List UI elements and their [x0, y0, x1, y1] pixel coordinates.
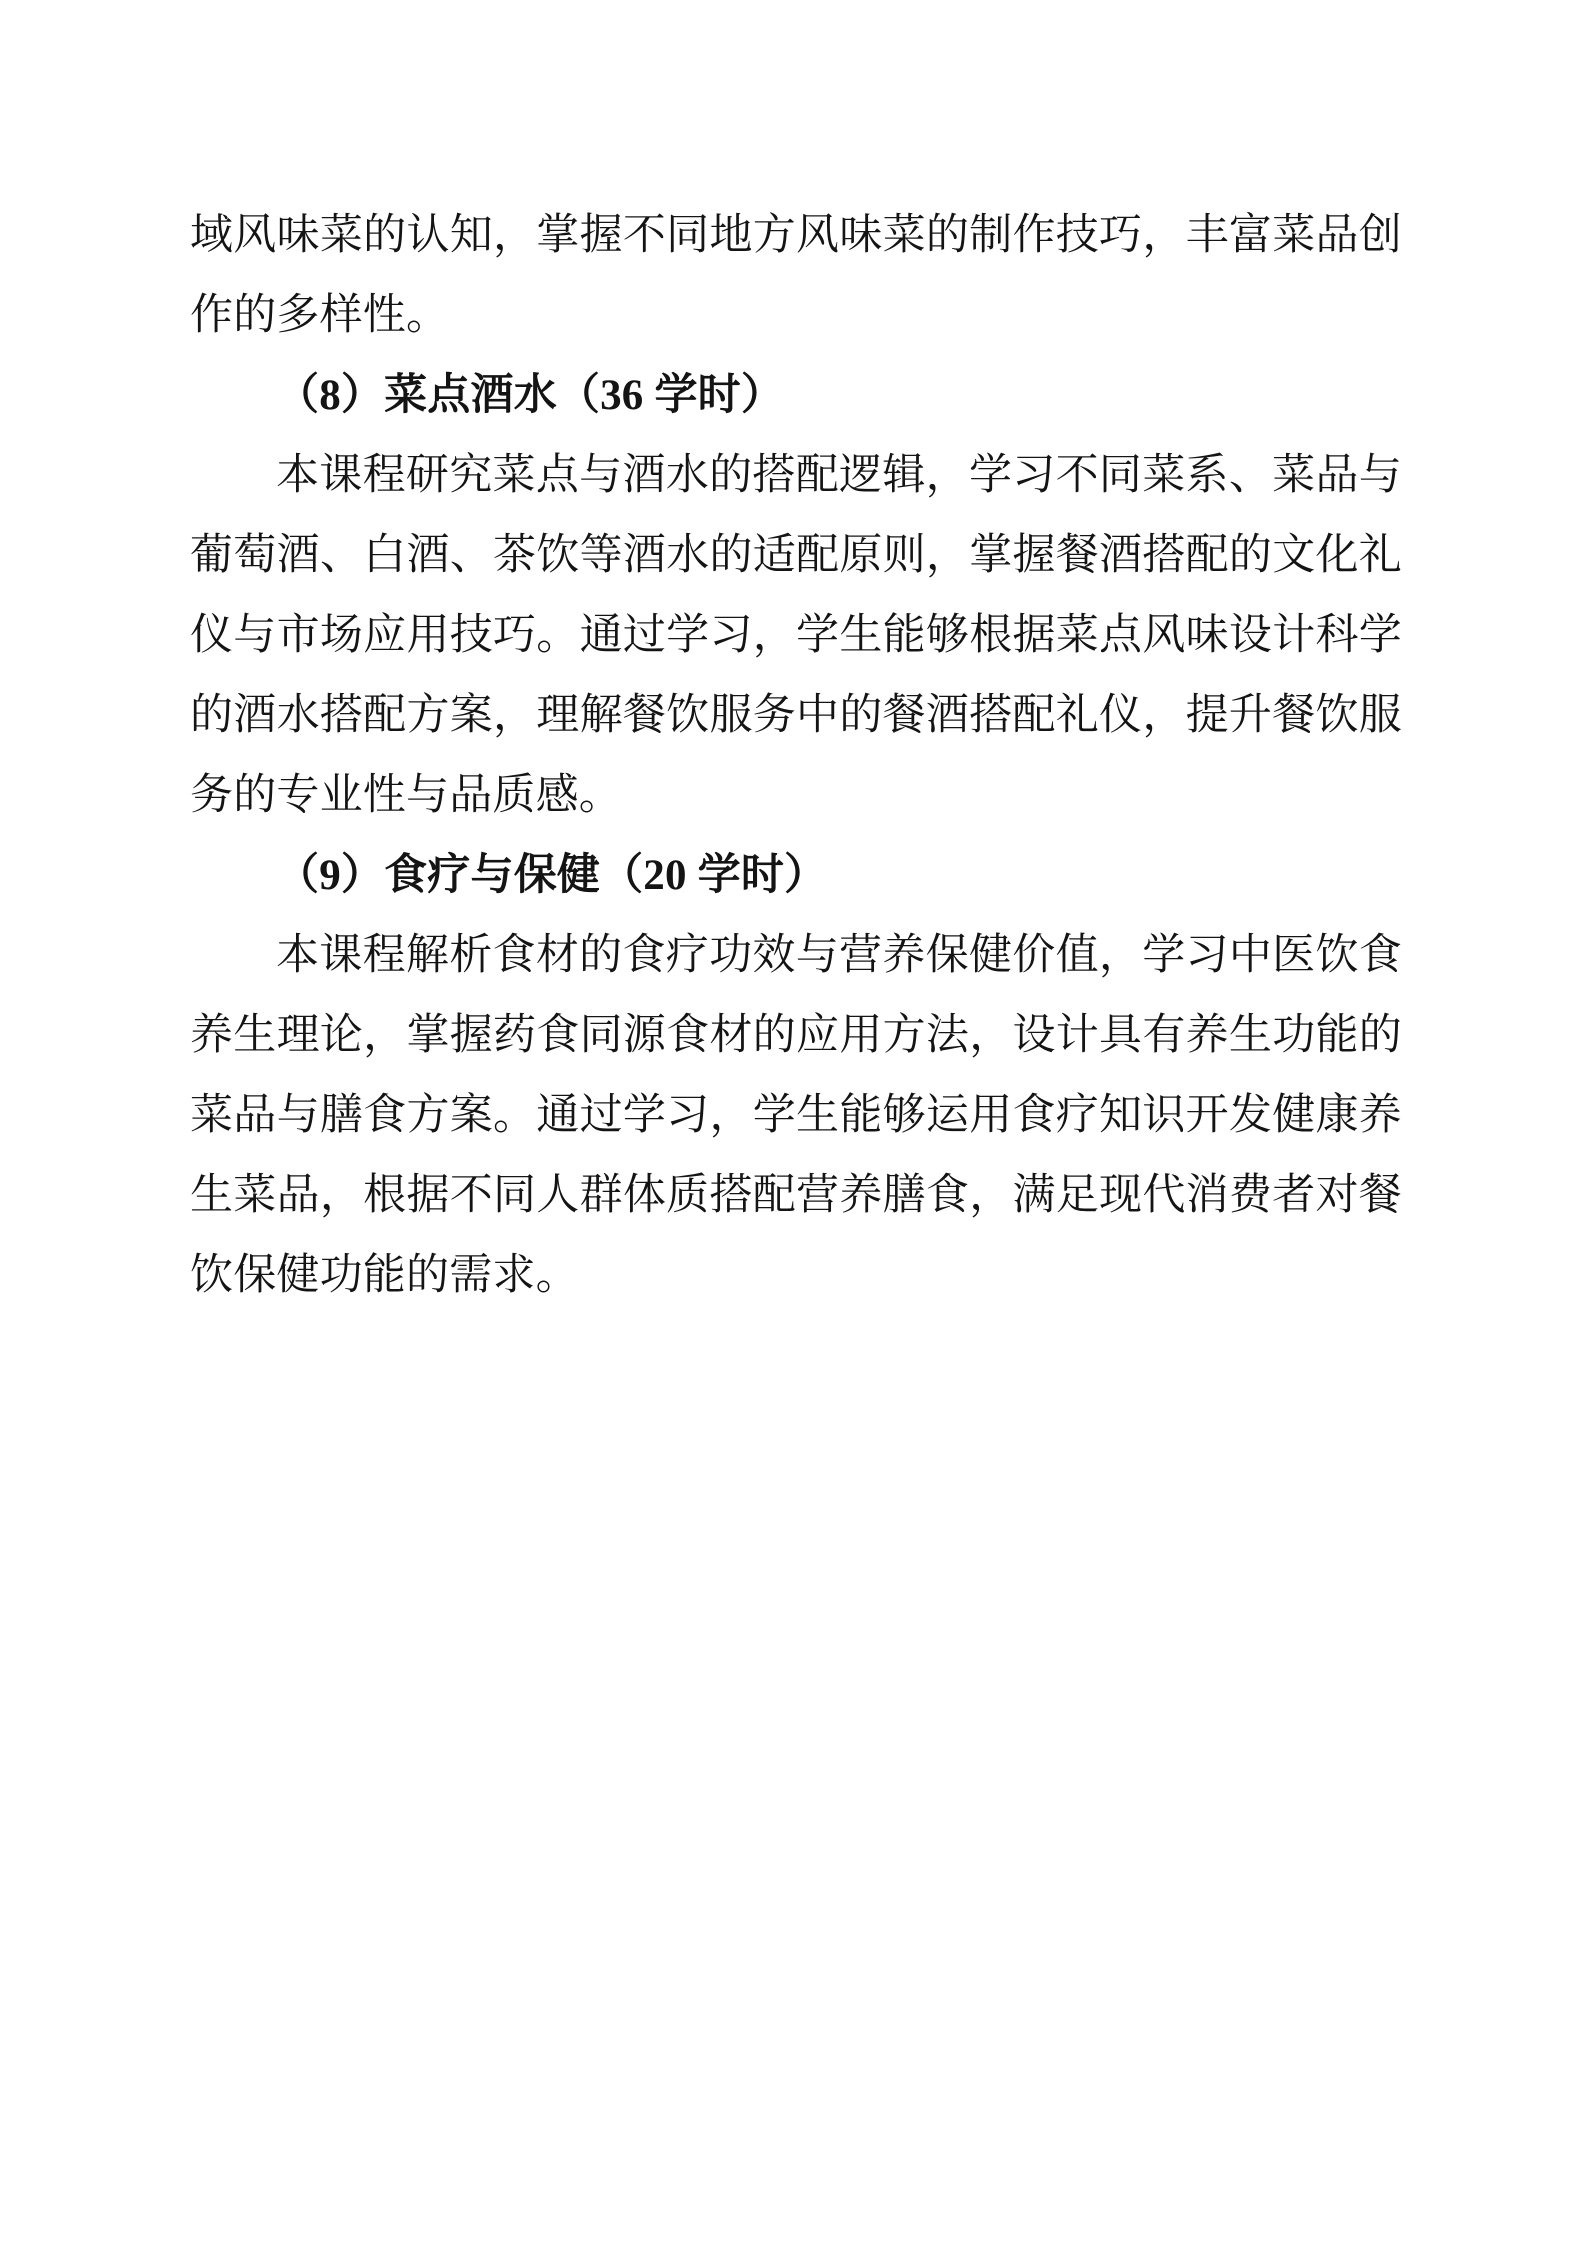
body-text-line: 作的多样性。: [190, 276, 1402, 356]
body-text-line: 本课程解析食材的食疗功效与营养保健价值，学习中医饮食: [190, 916, 1402, 996]
section-heading-9: （9）食疗与保健（20 学时）: [190, 836, 1402, 916]
document-page: 域风味菜的认知，掌握不同地方风味菜的制作技巧，丰富菜品创 作的多样性。 （8）菜…: [0, 0, 1587, 2245]
body-text-line: 仪与市场应用技巧。通过学习，学生能够根据菜点风味设计科学: [190, 596, 1402, 676]
body-text-line: 饮保健功能的需求。: [190, 1236, 1402, 1316]
body-text-line: 养生理论，掌握药食同源食材的应用方法，设计具有养生功能的: [190, 996, 1402, 1076]
body-text-line: 务的专业性与品质感。: [190, 756, 1402, 836]
body-text-line: 本课程研究菜点与酒水的搭配逻辑，学习不同菜系、菜品与: [190, 436, 1402, 516]
body-text-line: 的酒水搭配方案，理解餐饮服务中的餐酒搭配礼仪，提升餐饮服: [190, 676, 1402, 756]
body-text-line: 生菜品，根据不同人群体质搭配营养膳食，满足现代消费者对餐: [190, 1156, 1402, 1236]
body-text-line: 葡萄酒、白酒、茶饮等酒水的适配原则，掌握餐酒搭配的文化礼: [190, 516, 1402, 596]
body-text-line: 菜品与膳食方案。通过学习，学生能够运用食疗知识开发健康养: [190, 1076, 1402, 1156]
section-heading-8: （8）菜点酒水（36 学时）: [190, 356, 1402, 436]
text-block: 域风味菜的认知，掌握不同地方风味菜的制作技巧，丰富菜品创 作的多样性。 （8）菜…: [190, 196, 1402, 1316]
body-text-line: 域风味菜的认知，掌握不同地方风味菜的制作技巧，丰富菜品创: [190, 196, 1402, 276]
